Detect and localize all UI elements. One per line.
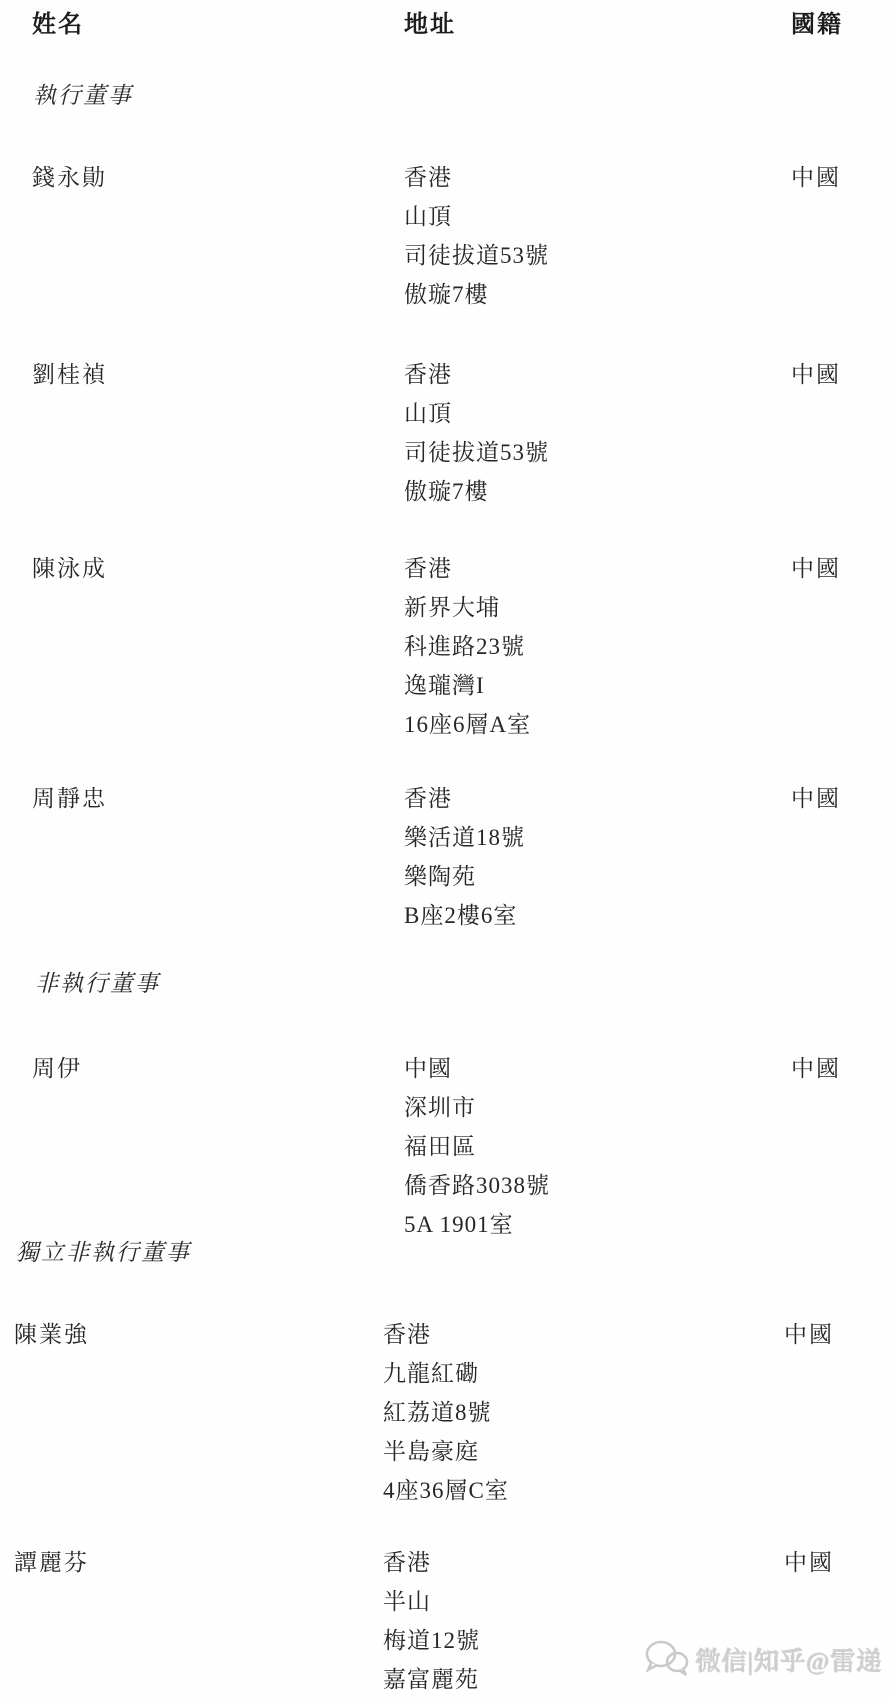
director-address: 香港 半山 梅道12號 嘉富麗苑	[383, 1543, 480, 1699]
address-line: 深圳市	[404, 1088, 550, 1127]
director-name: 錢永勛	[32, 158, 107, 197]
address-line: 司徒拔道53號	[404, 236, 549, 275]
column-header-name: 姓名	[32, 12, 84, 38]
address-line: 逸瓏灣I	[404, 666, 531, 705]
address-line: 香港	[404, 158, 549, 197]
section-title-independent-non-executive-directors: 獨立非執行董事	[16, 1240, 191, 1266]
director-nationality: 中國	[791, 549, 841, 588]
address-line: 半山	[383, 1582, 480, 1621]
director-address: 香港 九龍紅磡 紅荔道8號 半島豪庭 4座36層C室	[383, 1315, 509, 1510]
director-name: 劉桂禎	[32, 355, 107, 394]
address-line: 山頂	[404, 394, 549, 433]
director-name: 譚麗芬	[14, 1543, 89, 1582]
address-line: 科進路23號	[404, 627, 531, 666]
address-line: B座2樓6室	[404, 896, 525, 935]
column-header-nationality: 國籍	[791, 12, 843, 38]
director-name: 陳業強	[14, 1315, 89, 1354]
directors-list-page: 姓名 地址 國籍 執行董事 錢永勛 香港 山頂 司徒拔道53號 傲璇7樓 中國 …	[0, 0, 891, 1700]
director-address: 香港 山頂 司徒拔道53號 傲璇7樓	[404, 158, 549, 314]
address-line: 中國	[404, 1049, 550, 1088]
address-line: 僑香路3038號	[404, 1166, 550, 1205]
column-header-address: 地址	[404, 12, 456, 38]
address-line: 司徒拔道53號	[404, 433, 549, 472]
address-line: 山頂	[404, 197, 549, 236]
director-nationality: 中國	[784, 1543, 834, 1582]
address-line: 香港	[404, 779, 525, 818]
section-title-non-executive-directors: 非執行董事	[35, 971, 160, 997]
director-address: 香港 新界大埔 科進路23號 逸瓏灣I 16座6層A室	[404, 549, 531, 744]
address-line: 香港	[404, 355, 549, 394]
address-line: 紅荔道8號	[383, 1393, 509, 1432]
address-line: 樂陶苑	[404, 857, 525, 896]
director-name: 周伊	[32, 1049, 82, 1088]
director-nationality: 中國	[791, 158, 841, 197]
director-address: 香港 樂活道18號 樂陶苑 B座2樓6室	[404, 779, 525, 935]
director-name: 陳泳成	[32, 549, 107, 588]
address-line: 香港	[404, 549, 531, 588]
director-nationality: 中國	[791, 355, 841, 394]
address-line: 新界大埔	[404, 588, 531, 627]
address-line: 福田區	[404, 1127, 550, 1166]
address-line: 傲璇7樓	[404, 275, 549, 314]
address-line: 5A 1901室	[404, 1205, 550, 1244]
address-line: 梅道12號	[383, 1621, 480, 1660]
address-line: 嘉富麗苑	[383, 1660, 480, 1699]
watermark: 微信|知乎@雷递	[642, 1634, 891, 1686]
director-nationality: 中國	[791, 779, 841, 818]
address-line: 傲璇7樓	[404, 472, 549, 511]
wechat-icon	[642, 1637, 690, 1684]
address-line: 4座36層C室	[383, 1471, 509, 1510]
director-address: 中國 深圳市 福田區 僑香路3038號 5A 1901室	[404, 1049, 550, 1244]
address-line: 半島豪庭	[383, 1432, 509, 1471]
address-line: 香港	[383, 1315, 509, 1354]
director-nationality: 中國	[784, 1315, 834, 1354]
director-nationality: 中國	[791, 1049, 841, 1088]
section-title-executive-directors: 執行董事	[33, 83, 133, 109]
director-address: 香港 山頂 司徒拔道53號 傲璇7樓	[404, 355, 549, 511]
director-name: 周靜忠	[32, 779, 107, 818]
address-line: 九龍紅磡	[383, 1354, 509, 1393]
address-line: 香港	[383, 1543, 480, 1582]
watermark-text: 微信|知乎@雷递	[696, 1642, 883, 1678]
address-line: 16座6層A室	[404, 705, 531, 744]
address-line: 樂活道18號	[404, 818, 525, 857]
